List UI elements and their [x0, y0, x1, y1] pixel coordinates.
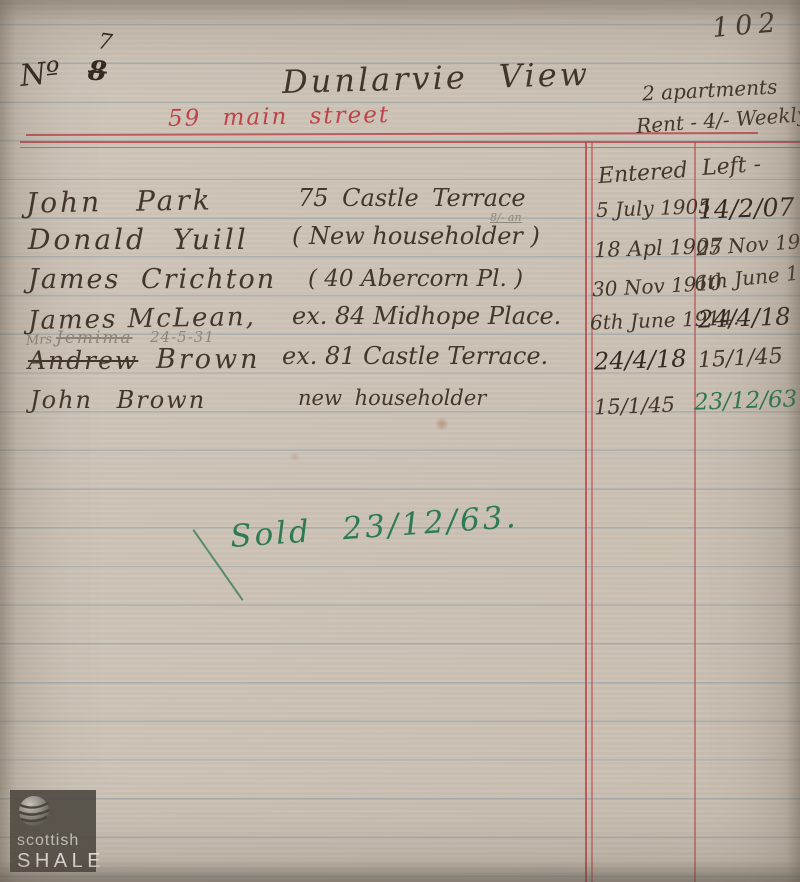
ledger-page: Nº 8 7 102 Dunlarvie View 2 apartments 5…	[0, 0, 800, 882]
house-number-label: Nº	[19, 58, 62, 92]
left-date: 15/1/45	[697, 346, 783, 372]
left-column-header: Left -	[701, 154, 761, 180]
left-date-green: 23/12/63	[694, 388, 798, 415]
tenant-origin: 75 Castle Terrace	[298, 186, 526, 210]
red-column-line-left-b	[591, 142, 593, 882]
watermark-text-scottish: scottish	[17, 832, 90, 850]
page-title: Dunlarvie View	[282, 58, 591, 98]
tenant-name-struck: Andrew	[28, 348, 138, 373]
tenant-origin: ex. 81 Castle Terrace.	[282, 344, 548, 368]
watermark-text-shale: SHALE	[17, 850, 90, 872]
pencil-name: Jemima	[56, 330, 133, 347]
apartments-note: 2 apartments	[642, 76, 778, 103]
house-number-old: 8	[87, 57, 108, 85]
tenant-name: Brown	[156, 346, 261, 373]
paper-stain	[290, 452, 300, 462]
tenant-name: James Crichton	[28, 266, 276, 293]
tenant-origin: ( 40 Abercorn Pl. )	[308, 268, 523, 291]
entered-date: 5 July 1905	[596, 196, 712, 220]
tenant-name: Donald Yuill	[28, 226, 249, 254]
red-column-line-left-a	[585, 142, 587, 882]
tenant-origin: ( New householder )	[292, 224, 540, 248]
red-header-line-mid	[20, 141, 800, 143]
globe-icon	[17, 794, 90, 830]
left-date: 14/2/07	[698, 194, 795, 222]
street-note: 59 main street	[168, 104, 390, 131]
entered-date: 15/1/45	[594, 395, 676, 419]
left-date: 24/4/18	[698, 304, 791, 331]
entered-date: 24/4/18	[594, 346, 687, 373]
paper-stain	[436, 416, 448, 432]
red-header-line-bottom	[20, 147, 800, 149]
tenant-name: John Brown	[30, 388, 206, 412]
scottish-shale-watermark: scottish SHALE	[10, 790, 96, 872]
tenant-origin: ex. 84 Midhope Place.	[292, 304, 561, 328]
page-number: 102	[711, 9, 783, 42]
pencil-date: 24-5-31	[150, 330, 215, 345]
tenant-name: John Park	[26, 186, 213, 217]
tenant-origin: new householder	[298, 388, 486, 409]
